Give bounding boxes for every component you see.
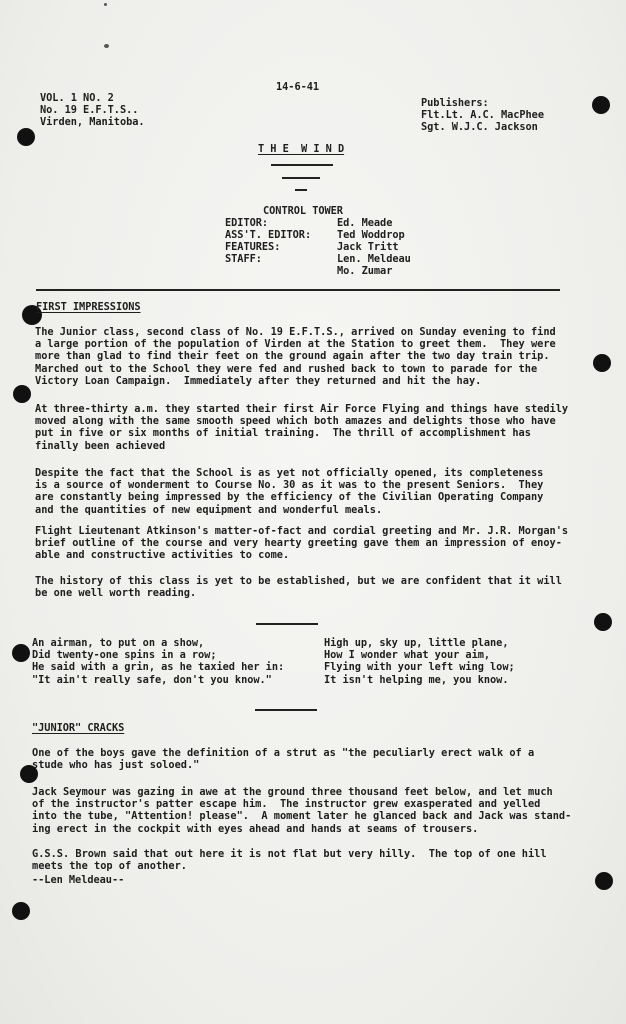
paragraph: At three-thirty a.m. they started their … [35, 403, 595, 452]
punch-hole [13, 385, 31, 403]
punch-hole [17, 128, 35, 146]
paragraph: The Junior class, second class of No. 19… [35, 326, 595, 387]
staff-name: Jack Tritt [337, 241, 399, 253]
section-heading-junior-cracks: "JUNIOR" CRACKS [32, 722, 124, 734]
publisher-1: Flt.Lt. A.C. MacPhee [421, 109, 544, 121]
punch-hole [593, 354, 611, 372]
section-divider [36, 289, 560, 291]
issue-date: 14-6-41 [276, 81, 319, 93]
title-rule-3 [295, 189, 307, 191]
poem-divider [256, 623, 318, 625]
section-heading-first-impressions: FIRST IMPRESSIONS [36, 301, 141, 313]
staff-role: STAFF: [225, 253, 262, 265]
staff-name: Ted Woddrop [337, 229, 405, 241]
publishers-label: Publishers: [421, 97, 489, 109]
paragraph: G.S.S. Brown said that out here it is no… [32, 848, 592, 872]
speck [104, 44, 109, 48]
school-line: No. 19 E.F.T.S.. [40, 104, 138, 116]
staff-role: EDITOR: [225, 217, 268, 229]
staff-name: Mo. Zumar [337, 265, 392, 277]
punch-hole [12, 644, 30, 662]
speck [104, 3, 107, 6]
location-line: Virden, Manitoba. [40, 116, 145, 128]
staff-name: Len. Meldeau [337, 253, 411, 265]
punch-hole [594, 613, 612, 631]
punch-hole [12, 902, 30, 920]
signature: --Len Meldeau-- [32, 874, 124, 886]
staff-name: Ed. Meade [337, 217, 392, 229]
paragraph: Despite the fact that the School is as y… [35, 467, 595, 516]
newsletter-title: T H E W I N D [258, 143, 344, 155]
volume-line: VOL. 1 NO. 2 [40, 92, 114, 104]
punch-hole [595, 872, 613, 890]
poem-left: An airman, to put on a show, Did twenty-… [32, 637, 284, 686]
paragraph: Flight Lieutenant Atkinson's matter-of-f… [35, 525, 595, 562]
paragraph: Jack Seymour was gazing in awe at the gr… [32, 786, 592, 835]
document-page: 14-6-41 VOL. 1 NO. 2 No. 19 E.F.T.S.. Vi… [0, 0, 626, 1024]
publisher-2: Sgt. W.J.C. Jackson [421, 121, 538, 133]
control-tower-heading: CONTROL TOWER [263, 205, 343, 217]
title-rule-1 [271, 164, 333, 166]
staff-role: FEATURES: [225, 241, 280, 253]
staff-role: ASS'T. EDITOR: [225, 229, 311, 241]
title-rule-2 [282, 177, 320, 179]
paragraph: One of the boys gave the definition of a… [32, 747, 592, 771]
poem-right: High up, sky up, little plane, How I won… [324, 637, 515, 686]
paragraph: The history of this class is yet to be e… [35, 575, 595, 599]
punch-hole [592, 96, 610, 114]
cracks-divider [255, 709, 317, 711]
